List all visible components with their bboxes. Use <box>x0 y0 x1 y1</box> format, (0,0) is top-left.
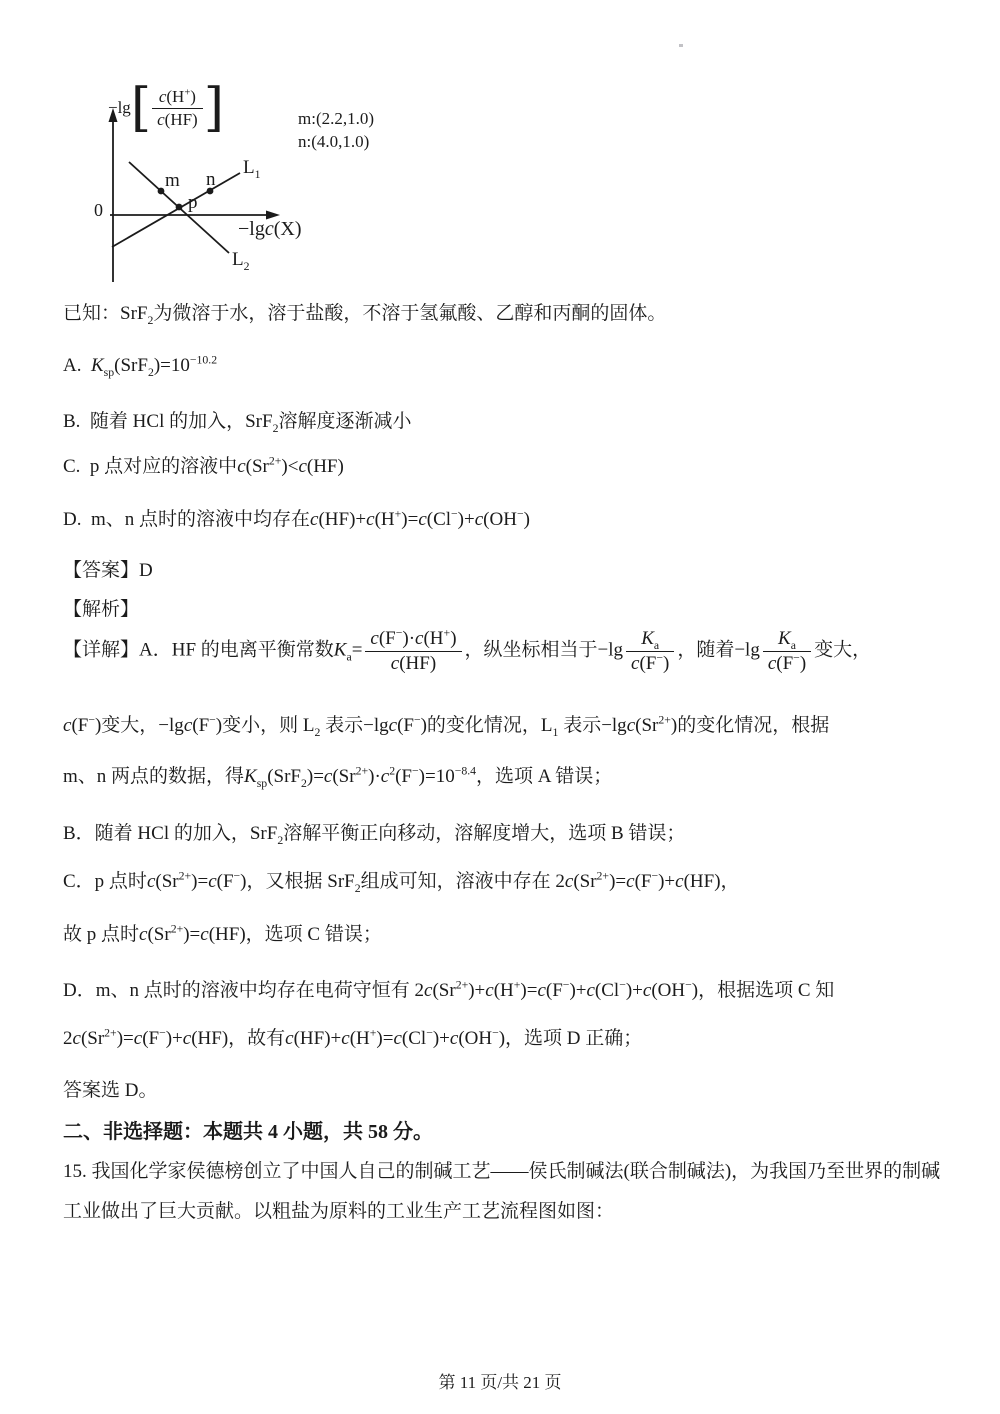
origin-label: 0 <box>94 201 103 221</box>
option-c: C. p 点对应的溶液中c(Sr2+)<c(HF) <box>63 453 344 481</box>
explanation-line: 2c(Sr2+)=c(F−)+c(HF)，故有c(HF)+c(H+)=c(Cl−… <box>63 1025 642 1053</box>
analysis-label: 【解析】 <box>63 596 139 624</box>
annotation-m: m:(2.2,1.0) <box>298 108 374 131</box>
graph-annotations: m:(2.2,1.0) n:(4.0,1.0) <box>298 108 374 154</box>
point-m-label: m <box>165 171 180 192</box>
exam-page: −lg[c(H+)c(HF)] 0 −lgc(X) L1 L2 m n p m:… <box>0 0 1000 1414</box>
explanation-line: c(F−)变大，−lgc(F−)变小，则 L2 表示−lgc(F−)的变化情况，… <box>63 712 829 740</box>
section-header: 二、非选择题：本题共 4 小题，共 58 分。 <box>63 1118 433 1147</box>
point-p <box>176 204 183 211</box>
known-statement: 已知：SrF2为微溶于水，溶于盐酸，不溶于氢氟酸、乙醇和丙酮的固体。 <box>63 300 666 328</box>
annotation-n: n:(4.0,1.0) <box>298 131 374 154</box>
point-n-label: n <box>206 170 216 191</box>
x-axis-label: −lgc(X) <box>238 218 302 240</box>
answer-line: 【答案】D <box>63 557 153 585</box>
explanation-line: 【详解】A．HF 的电离平衡常数Ka=c(F−)·c(H+)c(HF)，纵坐标相… <box>63 628 871 675</box>
explanation-line: 答案选 D。 <box>63 1077 157 1105</box>
explanation-line: 故 p 点时c(Sr2+)=c(HF)，选项 C 错误； <box>63 921 382 949</box>
explanation-line: C．p 点时c(Sr2+)=c(F−)，又根据 SrF2组成可知，溶液中存在 2… <box>63 868 740 896</box>
question-15-line: 工业做出了巨大贡献。以粗盐为原料的工业生产工艺流程图如图： <box>63 1198 614 1226</box>
explanation-line: m、n 两点的数据，得Ksp(SrF2)=c(Sr2+)·c2(F−)=10−8… <box>63 763 612 791</box>
scan-artifact <box>679 44 683 47</box>
option-d: D. m、n 点时的溶液中均存在c(HF)+c(H+)=c(Cl−)+c(OH−… <box>63 506 530 534</box>
page-footer: 第 11 页/共 21 页 <box>0 1368 1000 1393</box>
option-a: A. Ksp(SrF2)=10−10.2 <box>63 352 217 380</box>
explanation-line: B．随着 HCl 的加入，SrF2溶解平衡正向移动，溶解度增大，选项 B 错误； <box>63 820 685 848</box>
line-l1-label: L1 <box>243 158 261 179</box>
point-p-label: p <box>188 193 198 214</box>
point-m <box>158 188 165 195</box>
question-15-line: 15. 我国化学家侯德榜创立了中国人自己的制碱工艺——侯氏制碱法(联合制碱法)，… <box>63 1158 940 1186</box>
answer-label: 【答案】 <box>63 560 139 581</box>
graph-figure: −lg[c(H+)c(HF)] 0 −lgc(X) L1 L2 m n p m:… <box>88 82 428 297</box>
option-b: B. 随着 HCl 的加入，SrF2溶解度逐渐减小 <box>63 408 411 436</box>
y-axis-label: −lg[c(H+)c(HF)] <box>108 86 224 130</box>
line-l2-label: L2 <box>232 250 250 271</box>
answer-value: D <box>139 560 153 581</box>
explanation-line: D．m、n 点时的溶液中均存在电荷守恒有 2c(Sr2+)+c(H+)=c(F−… <box>63 977 834 1005</box>
